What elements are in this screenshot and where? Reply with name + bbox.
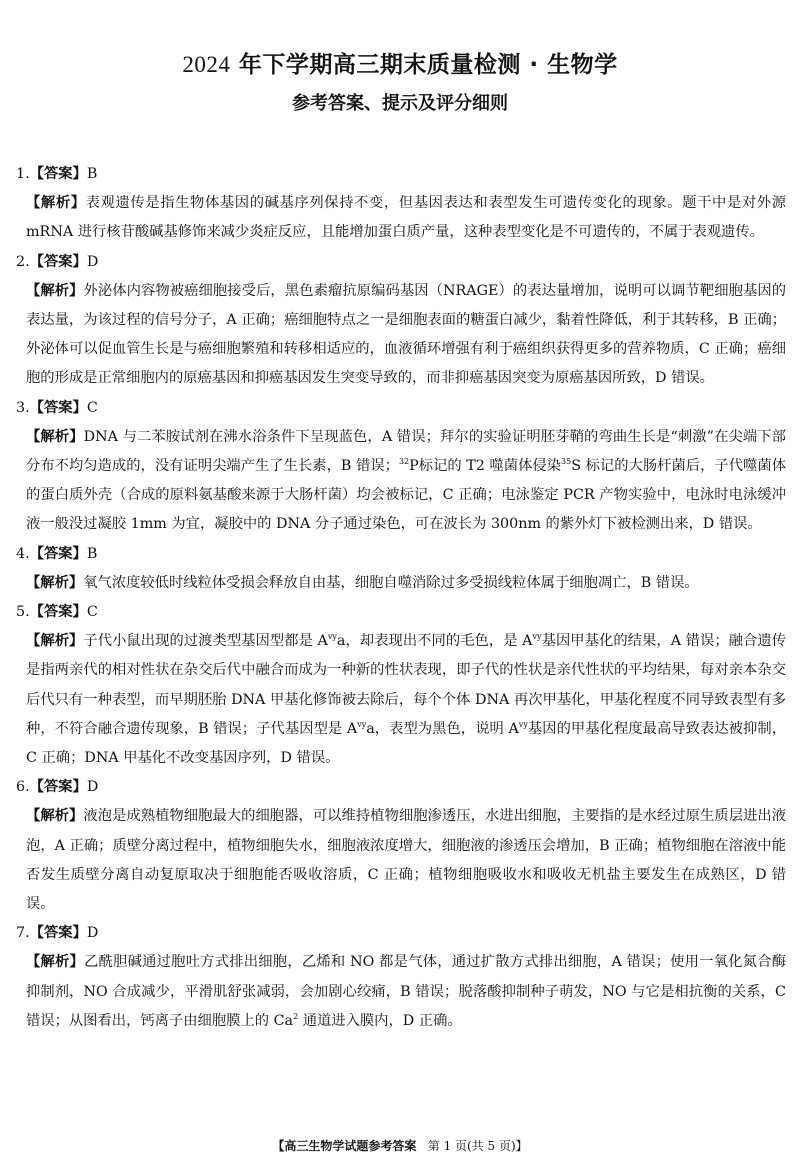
question-7: 7.【答案】D 【解析】乙酰胆碱通过胞吐方式排出细胞，乙烯和 NO 都是气体，通… [16,919,786,1036]
answer-tag: 【答案】 [30,925,87,941]
explanation-text: a，却表现出不同的毛色，是 A [337,633,533,649]
question-5: 5.【答案】C 【解析】子代小鼠出现的过渡类型基因型都是 Avya，却表现出不同… [16,598,786,773]
explanation-tag: 【解析】 [26,283,84,299]
question-number: 3. [16,400,30,416]
answer-value: C [87,604,98,620]
explanation-tag: 【解析】 [26,429,84,445]
explanation: 【解析】子代小鼠出现的过渡类型基因型都是 Avya，却表现出不同的毛色，是 Av… [26,627,786,773]
answer-tag: 【答案】 [30,546,87,562]
page-footer: 【高三生物学试题参考答案 第 1 页(共 5 页)】 [0,1137,800,1154]
explanation: 【解析】氧气浓度较低时线粒体受损会释放自由基，细胞自噬消除过多受损线粒体属于细胞… [26,569,786,598]
explanation-text: 表观遗传是指生物体基因的碱基序列保持不变，但基因表达和表型发生可遗传变化的现象。… [26,195,786,240]
explanation-text: 通道进入膜内，D 正确。 [298,1013,462,1029]
answer-tag: 【答案】 [30,604,87,620]
answer-tag: 【答案】 [30,254,87,270]
explanation-text: P标记的 T2 噬菌体侵染 [409,458,561,474]
explanation-tag: 【解析】 [26,633,83,649]
question-1: 1.【答案】B 【解析】表观遗传是指生物体基因的碱基序列保持不变，但基因表达和表… [16,160,786,248]
document-title: 2024 年下学期高三期末质量检测 · 生物学 [0,46,800,79]
allele-superscript: vy [357,720,366,729]
question-6: 6.【答案】D 【解析】液泡是成熟植物细胞最大的细胞器，可以维持植物细胞渗透压，… [16,773,786,919]
question-number: 2. [16,254,30,270]
answer-tag: 【答案】 [30,166,87,182]
question-2: 2.【答案】D 【解析】外泌体内容物被癌细胞接受后，黑色素瘤抗原编码基因（NRA… [16,248,786,394]
document-subtitle: 参考答案、提示及评分细则 [0,89,800,115]
page-number: 第 1 页(共 5 页)】 [428,1139,528,1153]
explanation: 【解析】乙酰胆碱通过胞吐方式排出细胞，乙烯和 NO 都是气体，通过扩散方式排出细… [26,948,786,1036]
answer-tag: 【答案】 [30,779,87,795]
explanation-text: 外泌体内容物被癌细胞接受后，黑色素瘤抗原编码基因（NRAGE）的表达量增加，说明… [26,283,786,387]
explanation-text: 氧气浓度较低时线粒体受损会释放自由基，细胞自噬消除过多受损线粒体属于细胞凋亡，B… [83,575,699,591]
allele-superscript: vy [328,632,337,641]
isotope-superscript: 35 [561,457,571,466]
answer-line: 3.【答案】C [16,394,786,423]
title-text: 年下学期高三期末质量检测 · 生物学 [230,52,617,78]
explanation: 【解析】外泌体内容物被癌细胞接受后，黑色素瘤抗原编码基因（NRAGE）的表达量增… [26,277,786,394]
answer-value: D [87,925,98,941]
allele-superscript: vy [519,720,528,729]
explanation-text: a，表型为黑色，说明 A [366,721,519,737]
title-year: 2024 [182,52,230,77]
answer-tag: 【答案】 [30,400,87,416]
question-number: 5. [16,604,30,620]
question-number: 1. [16,166,30,182]
explanation-text: 子代小鼠出现的过渡类型基因型都是 A [83,633,327,649]
answer-value: D [87,779,98,795]
explanation-tag: 【解析】 [26,575,83,591]
explanation-tag: 【解析】 [26,195,86,211]
question-4: 4.【答案】B 【解析】氧气浓度较低时线粒体受损会释放自由基，细胞自噬消除过多受… [16,540,786,598]
explanation-tag: 【解析】 [26,954,84,970]
question-number: 7. [16,925,30,941]
answer-list: 1.【答案】B 【解析】表观遗传是指生物体基因的碱基序列保持不变，但基因表达和表… [16,160,786,1036]
question-number: 4. [16,546,30,562]
explanation: 【解析】液泡是成熟植物细胞最大的细胞器，可以维持植物细胞渗透压，水进出细胞，主要… [26,802,786,919]
question-3: 3.【答案】C 【解析】DNA 与二苯胺试剂在沸水浴条件下呈现蓝色，A 错误；拜… [16,394,786,540]
answer-line: 1.【答案】B [16,160,786,189]
answer-line: 7.【答案】D [16,919,786,948]
answer-value: D [87,254,98,270]
explanation: 【解析】表观遗传是指生物体基因的碱基序列保持不变，但基因表达和表型发生可遗传变化… [26,189,786,247]
isotope-superscript: 32 [399,457,409,466]
answer-value: C [87,400,98,416]
answer-line: 4.【答案】B [16,540,786,569]
explanation-text: 液泡是成熟植物细胞最大的细胞器，可以维持植物细胞渗透压，水进出细胞，主要指的是水… [26,808,786,912]
allele-superscript: vy [533,632,542,641]
footer-title: 【高三生物学试题参考答案 [272,1139,416,1153]
question-number: 6. [16,779,30,795]
answer-line: 5.【答案】C [16,598,786,627]
answer-line: 2.【答案】D [16,248,786,277]
explanation: 【解析】DNA 与二苯胺试剂在沸水浴条件下呈现蓝色，A 错误；拜尔的实验证明胚芽… [26,423,786,540]
explanation-tag: 【解析】 [26,808,83,824]
answer-line: 6.【答案】D [16,773,786,802]
answer-value: B [87,166,98,182]
answer-value: B [87,546,98,562]
